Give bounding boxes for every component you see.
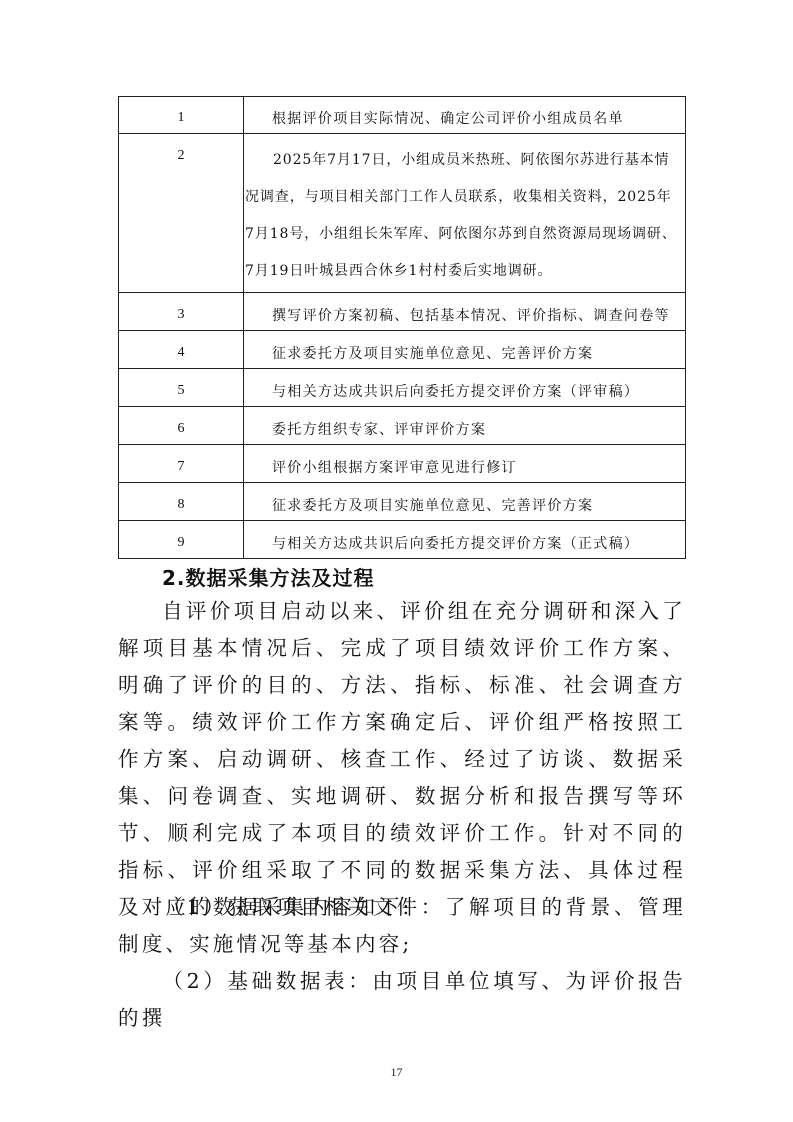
step-number: 2 bbox=[119, 134, 244, 293]
body-paragraph: 自评价项目启动以来、评价组在充分调研和深入了解项目基本情况后、完成了项目绩效评价… bbox=[118, 593, 686, 926]
table-row: 2 2025年7月17日，小组成员米热班、阿依图尔苏进行基本情况调查，与项目相关… bbox=[119, 134, 686, 293]
table-row: 6 委托方组织专家、评审评价方案 bbox=[119, 407, 686, 445]
table-row: 4 征求委托方及项目实施单位意见、完善评价方案 bbox=[119, 331, 686, 369]
page-number: 17 bbox=[0, 1065, 793, 1080]
paragraph-text: （1）获取项目相关文件：了解项目的背景、管理制度、实施情况等基本内容; bbox=[118, 895, 686, 956]
step-number: 3 bbox=[119, 293, 244, 331]
table-row: 3 撰写评价方案初稿、包括基本情况、评价指标、调查问卷等 bbox=[119, 293, 686, 331]
step-description: 与相关方达成共识后向委托方提交评价方案（评审稿） bbox=[244, 369, 686, 407]
step-description-text: 2025年7月17日，小组成员米热班、阿依图尔苏进行基本情况调查，与项目相关部门… bbox=[245, 152, 677, 279]
paragraph-text: （2）基础数据表：由项目单位填写、为评价报告的撰 bbox=[118, 969, 686, 1030]
table-row: 8 征求委托方及项目实施单位意见、完善评价方案 bbox=[119, 483, 686, 521]
table-row: 5 与相关方达成共识后向委托方提交评价方案（评审稿） bbox=[119, 369, 686, 407]
step-description: 根据评价项目实际情况、确定公司评价小组成员名单 bbox=[244, 97, 686, 134]
table-row: 1 根据评价项目实际情况、确定公司评价小组成员名单 bbox=[119, 97, 686, 134]
table-row: 9 与相关方达成共识后向委托方提交评价方案（正式稿） bbox=[119, 521, 686, 559]
work-steps-table: 1 根据评价项目实际情况、确定公司评价小组成员名单 2 2025年7月17日，小… bbox=[118, 96, 686, 559]
step-number: 5 bbox=[119, 369, 244, 407]
step-description: 撰写评价方案初稿、包括基本情况、评价指标、调查问卷等 bbox=[244, 293, 686, 331]
step-number: 9 bbox=[119, 521, 244, 559]
list-item-paragraph: （1）获取项目相关文件：了解项目的背景、管理制度、实施情况等基本内容; bbox=[118, 889, 686, 963]
section-heading: 2.数据采集方法及过程 bbox=[162, 562, 375, 591]
step-number: 8 bbox=[119, 483, 244, 521]
step-number: 7 bbox=[119, 445, 244, 483]
paragraph-text: 自评价项目启动以来、评价组在充分调研和深入了解项目基本情况后、完成了项目绩效评价… bbox=[118, 599, 686, 919]
table-row: 7 评价小组根据方案评审意见进行修订 bbox=[119, 445, 686, 483]
list-item-paragraph: （2）基础数据表：由项目单位填写、为评价报告的撰 bbox=[118, 963, 686, 1037]
step-description: 评价小组根据方案评审意见进行修订 bbox=[244, 445, 686, 483]
step-number: 1 bbox=[119, 97, 244, 134]
document-page: 1 根据评价项目实际情况、确定公司评价小组成员名单 2 2025年7月17日，小… bbox=[0, 0, 793, 1122]
step-number: 4 bbox=[119, 331, 244, 369]
step-number: 6 bbox=[119, 407, 244, 445]
step-description: 征求委托方及项目实施单位意见、完善评价方案 bbox=[244, 483, 686, 521]
step-description: 2025年7月17日，小组成员米热班、阿依图尔苏进行基本情况调查，与项目相关部门… bbox=[244, 134, 686, 293]
step-description: 委托方组织专家、评审评价方案 bbox=[244, 407, 686, 445]
step-description: 与相关方达成共识后向委托方提交评价方案（正式稿） bbox=[244, 521, 686, 559]
step-description: 征求委托方及项目实施单位意见、完善评价方案 bbox=[244, 331, 686, 369]
